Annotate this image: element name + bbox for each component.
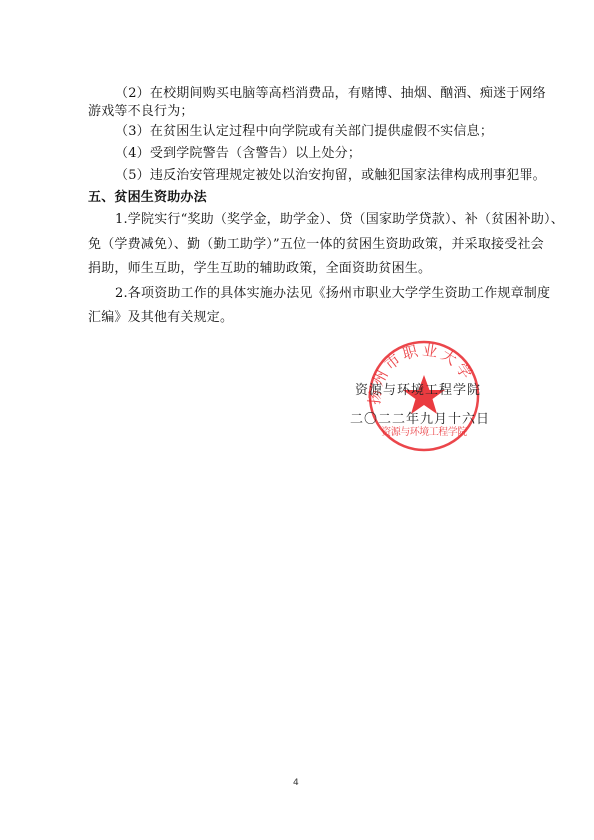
paragraph-s2-line1: 2.各项资助工作的具体实施办法见《扬州市职业大学学生资助工作规章制度	[115, 286, 550, 302]
signature-date: 二〇二二年九月十六日	[350, 412, 490, 428]
paragraph-s2-line2: 汇编》及其他有关规定。	[88, 310, 233, 326]
signature-organization: 资源与环境工程学院	[355, 383, 481, 399]
paragraph-item3: （3）在贫困生认定过程中向学院或有关部门提供虚假不实信息；	[115, 124, 493, 140]
paragraph-item2-line1: （2）在校期间购买电脑等高档消费品，有赌博、抽烟、酗酒、痴迷于网络	[115, 86, 546, 102]
section-heading: 五、贫困生资助办法	[88, 190, 207, 206]
page-number: 4	[293, 778, 299, 788]
paragraph-s1-line3: 捐助，师生互助，学生互助的辅助政策，全面资助贫困生。	[88, 261, 431, 277]
paragraph-item4: （4）受到学院警告（含警告）以上处分；	[115, 146, 361, 162]
paragraph-item2-line2: 游戏等不良行为；	[88, 104, 194, 120]
paragraph-s1-line2: 免（学费减免）、勤（勤工助学）”五位一体的贫困生资助政策，并采取接受社会	[88, 237, 544, 253]
paragraph-item5: （5）违反治安管理规定被处以治安拘留，或触犯国家法律构成刑事犯罪。	[115, 168, 546, 184]
paragraph-s1-line1: 1.学院实行“奖助（奖学金，助学金）、贷（国家助学贷款）、补（贫困补助）、	[115, 212, 564, 228]
